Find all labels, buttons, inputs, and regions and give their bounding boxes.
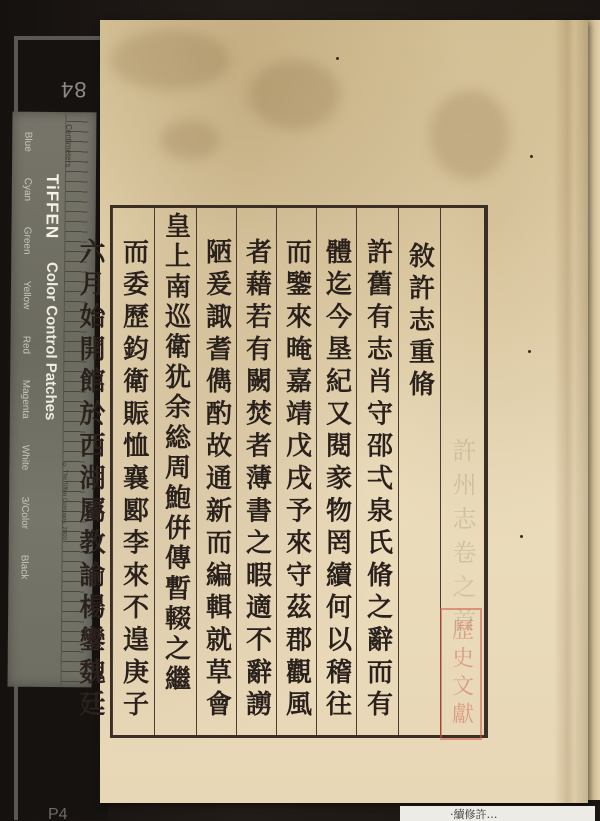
- strip-brand: TiFFEN: [41, 174, 62, 239]
- text-columns: 許州志卷之首 敘許志重脩 許舊有志肖守邵弌泉氏脩之辭而有 體迄今垦紀又閱豙物罔續…: [113, 208, 484, 735]
- patch-label: Magenta: [20, 380, 31, 419]
- column-text: 許舊有志肖守邵弌泉氏脩之辭而有: [365, 238, 391, 723]
- mount-number-top: 84: [60, 76, 86, 102]
- ink-speck: [336, 57, 339, 60]
- seal-text: 歷史文獻: [446, 618, 477, 730]
- patch-label: White: [19, 445, 30, 471]
- catalog-label-slip: ·續修許…: [400, 806, 595, 821]
- text-column: 體迄今垦紀又閱豙物罔續何以稽往: [316, 208, 356, 735]
- ink-speck: [520, 535, 523, 538]
- ink-speck: [528, 350, 531, 353]
- text-column: 許舊有志肖守邵弌泉氏脩之辭而有: [356, 208, 398, 735]
- column-text: 陋爰諏耆儁酌故通新而編輯就草會: [204, 238, 230, 723]
- text-column: 而鑒來晻嘉靖戊戌予來守茲郡觀風: [276, 208, 316, 735]
- patch-label: 3/Color: [19, 496, 30, 528]
- water-stain: [430, 90, 510, 180]
- patch-label: Red: [20, 335, 31, 353]
- label-slip-text: ·續修許…: [450, 806, 498, 821]
- strip-title: Color Control Patches: [42, 262, 60, 421]
- printed-text-block: 許州志卷之首 敘許志重脩 許舊有志肖守邵弌泉氏脩之辭而有 體迄今垦紀又閱豙物罔續…: [110, 205, 488, 738]
- column-text: 而鑒來晻嘉靖戊戌予來守茲郡觀風: [284, 238, 310, 723]
- text-column: 者藉若有闕焚者薄書之暇適不辭謭: [236, 208, 276, 735]
- text-column: 陋爰諏耆儁酌故通新而編輯就草會: [196, 208, 236, 735]
- ruler-unit-label: Centimeters: [64, 124, 73, 167]
- column-text: 而委歷鈞衛賑恤襄郾李來不遑庚子: [121, 238, 147, 723]
- text-column-raised: 皇上南巡衛犹余総周鮑倂傳暫輟之繼: [154, 208, 196, 735]
- patch-label: Black: [18, 555, 29, 580]
- document-title: 敘許志重脩: [407, 242, 433, 402]
- column-text: 六月始開館於西湖屬教諭楊鑾魏廷: [77, 238, 103, 723]
- column-text: 體迄今垦紀又閱豙物罔續何以稽往: [324, 238, 350, 723]
- text-column: 而委歷鈞衛賑恤襄郾李來不遑庚子: [112, 208, 154, 735]
- ink-speck: [530, 155, 533, 158]
- patch-label: Cyan: [22, 178, 33, 201]
- patch-label: Green: [21, 227, 32, 255]
- title-column: 敘許志重脩: [398, 208, 440, 735]
- mount-number-bottom: P4: [48, 806, 68, 821]
- column-text: 者藉若有闕焚者薄書之暇適不辭謭: [244, 238, 270, 723]
- patch-labels: Blue Cyan Green Yellow Red Magenta White…: [17, 132, 33, 688]
- strip-copyright: © The Tiffen Company, 2000: [61, 462, 68, 540]
- red-seal-stamp: 歷史文獻: [440, 608, 482, 740]
- patch-label: Yellow: [21, 281, 32, 310]
- text-column: 六月始開館於西湖屬教諭楊鑾魏廷: [68, 208, 112, 735]
- column-text: 皇上南巡衛犹余総周鮑倂傳暫輟之繼: [163, 212, 189, 695]
- page-gutter-shadow: [554, 20, 588, 803]
- patch-label: Blue: [22, 132, 33, 152]
- water-stain: [110, 30, 230, 90]
- water-stain: [160, 120, 220, 160]
- water-stain: [250, 60, 340, 130]
